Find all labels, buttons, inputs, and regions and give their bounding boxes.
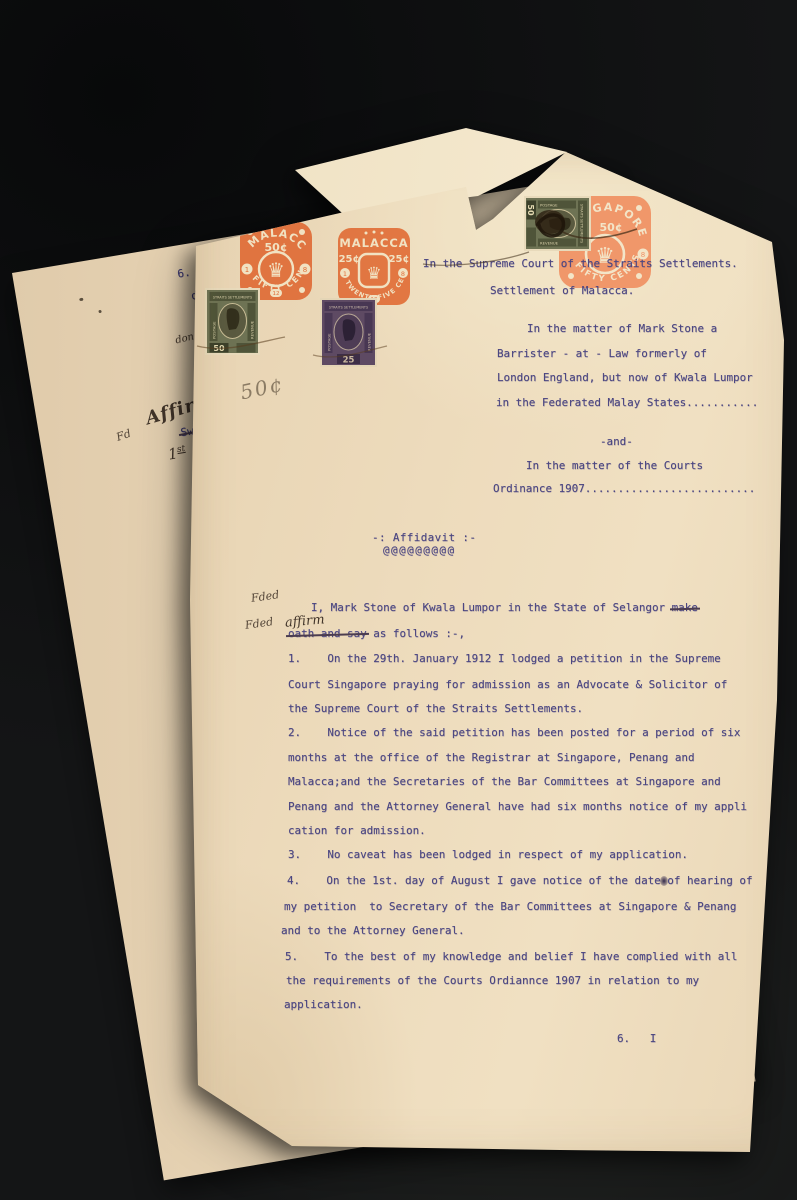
green-50c-adhesive-stamp-rotated: STRAITS SETTLEMENTS POSTAGE REVENUE 50	[523, 195, 592, 253]
typed-intro-line-2: oath and say as follows :-,	[288, 627, 465, 640]
typed-body-line: and to the Attorney General.	[281, 924, 465, 937]
svg-text:POSTAGE: POSTAGE	[327, 333, 332, 351]
typed-heading-settlement: Settlement of Malacca.	[490, 284, 634, 297]
typed-intro-line-1: I, Mark Stone of Kwala Lumpor in the Sta…	[311, 601, 698, 614]
svg-text:1: 1	[343, 270, 347, 278]
back-margin-initials: Fd	[115, 427, 133, 444]
typed-matter-line: In the matter of Mark Stone a	[527, 322, 717, 335]
margin-initials: Fded	[250, 588, 280, 605]
front-page-sheet: MALACCA 50¢ ♛ 1 8 FIFTY CENTS 12 MALACCA…	[185, 140, 797, 1160]
typed-body-line: months at the office of the Registrar at…	[288, 751, 695, 764]
typed-matter-line: In the matter of the Courts	[526, 459, 703, 472]
typed-matter-line: Ordinance 1907..........................	[493, 482, 755, 495]
svg-text:REVENUE: REVENUE	[540, 241, 559, 246]
svg-text:MALACCA: MALACCA	[339, 236, 408, 250]
svg-text:POSTAGE: POSTAGE	[540, 203, 558, 208]
typed-matter-line: Barrister - at - Law formerly of	[497, 347, 707, 360]
svg-text:POSTAGE: POSTAGE	[212, 321, 217, 339]
crown-icon: ♛	[267, 258, 285, 282]
typed-matter-line: in the Federated Malay States...........	[496, 396, 758, 409]
green-50c-adhesive-stamp: STRAITS SETTLEMENTS POSTAGE REVENUE 50	[205, 288, 260, 355]
typed-body-line: my petition to Secretary of the Bar Comm…	[284, 900, 736, 913]
typed-separator-and: -and-	[600, 435, 633, 448]
svg-text:STRAITS SETTLEMENTS: STRAITS SETTLEMENTS	[580, 204, 584, 243]
svg-text:50: 50	[526, 204, 535, 216]
svg-text:12: 12	[273, 291, 280, 297]
svg-text:STRAITS SETTLEMENTS: STRAITS SETTLEMENTS	[329, 306, 368, 310]
struck-word-make: make	[672, 601, 698, 614]
typed-body-line: 3. No caveat has been lodged in respect …	[288, 848, 688, 861]
pencil-value-note: 50¢	[238, 372, 286, 405]
svg-text:REVENUE: REVENUE	[367, 332, 372, 351]
svg-text:8: 8	[401, 270, 405, 278]
typed-body-line: Court Singapore praying for admission as…	[288, 678, 727, 691]
photo-of-affidavit-documents: 6. dis di don n Affirmed Sworn at M 1st …	[0, 0, 797, 1200]
svg-text:50: 50	[213, 344, 225, 353]
malacca-25c-embossed-stamp: MALACCA 25¢ 25¢ ♛ 1 8 TWENTY FIVE CENTS …	[335, 223, 413, 310]
typed-body-line: Penang and the Attorney General have had…	[288, 800, 747, 813]
typed-body-line: the requirements of the Courts Ordiannce…	[286, 974, 699, 987]
typed-body-line: cation for admission.	[288, 824, 426, 837]
margin-initials: Fded	[244, 615, 274, 632]
front-page-wrapper: MALACCA 50¢ ♛ 1 8 FIFTY CENTS 12 MALACCA…	[185, 120, 797, 1165]
svg-text:25¢: 25¢	[389, 254, 410, 265]
svg-text:1: 1	[245, 266, 249, 274]
typed-body-line: the Supreme Court of the Straits Settlem…	[288, 702, 583, 715]
typed-catchword: 6. I	[617, 1032, 656, 1045]
typed-body-line: 5. To the best of my knowledge and belie…	[285, 950, 737, 963]
ink-speck	[79, 298, 83, 302]
svg-text:STRAITS SETTLEMENTS: STRAITS SETTLEMENTS	[213, 296, 252, 300]
ink-speck	[98, 310, 101, 313]
svg-text:25¢: 25¢	[339, 254, 360, 265]
typed-body-line: Malacca;and the Secretaries of the Bar C…	[288, 775, 721, 788]
typed-body-line: 2. Notice of the said petition has been …	[288, 726, 740, 739]
typed-affidavit-underline: @@@@@@@@@	[383, 544, 456, 557]
svg-text:50¢: 50¢	[600, 221, 623, 234]
svg-text:25: 25	[343, 356, 355, 366]
typed-body-line: 1. On the 29th. January 1912 I lodged a …	[288, 652, 721, 665]
typed-affidavit-title: -: Affidavit :-	[372, 531, 476, 544]
ink-blot	[660, 876, 668, 886]
purple-25c-adhesive-stamp: STRAITS SETTLEMENTS POSTAGE REVENUE 25	[320, 298, 377, 367]
typed-matter-line: London England, but now of Kwala Lumpor	[497, 371, 753, 384]
svg-text:REVENUE: REVENUE	[250, 320, 255, 339]
typed-body-line: application.	[284, 998, 363, 1011]
crown-icon: ♛	[366, 264, 381, 284]
typed-heading-court: In the Supreme Court of the Straits Sett…	[423, 257, 738, 270]
typed-body-line: 4. On the 1st. day of August I gave noti…	[287, 874, 753, 887]
